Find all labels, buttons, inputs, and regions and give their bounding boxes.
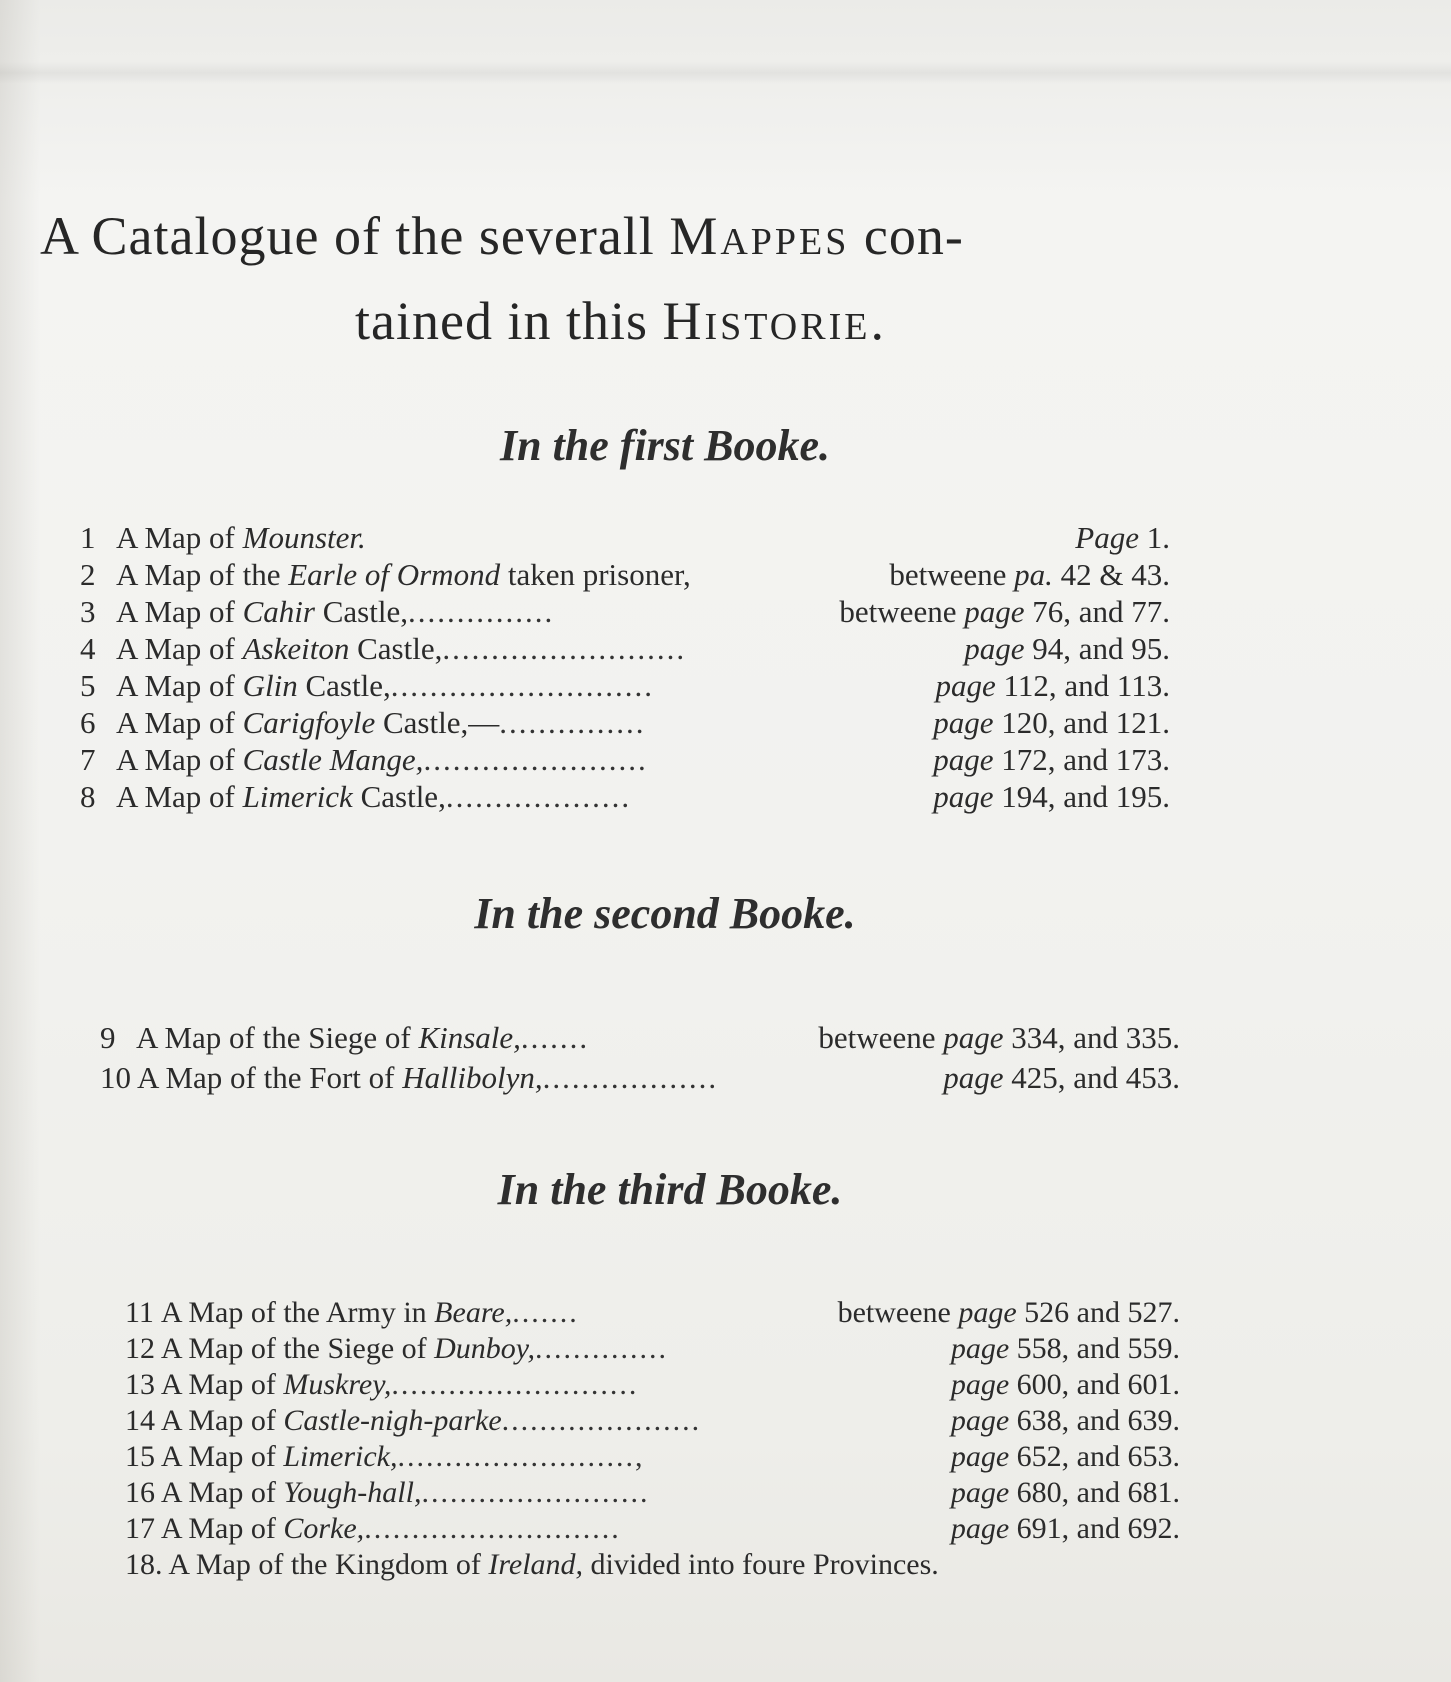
book-heading-first: In the first Booke. [0, 420, 1330, 471]
leader-dots: ........................., [398, 1440, 645, 1473]
map-entry: 10 A Map of the Fort of Hallibolyn,.....… [100, 1060, 1180, 1096]
entry-place: Hallibolyn, [402, 1060, 542, 1095]
page-numbers: 172, and 173. [993, 742, 1170, 777]
leader-dots: ............... [499, 705, 645, 740]
entry-number: 12 [125, 1332, 155, 1366]
entry-place: Castle Mange, [243, 742, 424, 777]
entry-number: 16 [125, 1476, 155, 1510]
entry-text: divided into foure Provinces. [583, 1548, 939, 1581]
page-label: page [933, 742, 993, 777]
entry-text: A Map of [116, 668, 243, 703]
entry-text: taken prisoner, [500, 557, 691, 592]
leader-dots: ........................... [391, 668, 654, 703]
map-entry: 5 A Map of Glin Castle,.................… [80, 668, 1170, 704]
entry-number: 17 [125, 1512, 155, 1546]
map-entry: 18. A Map of the Kingdom of Ireland, div… [125, 1548, 1180, 1582]
leader-dots: ........................... [364, 1512, 621, 1545]
map-entry: 1 A Map of Mounster.Page 1. [80, 520, 1170, 556]
entry-place: Carigfoyle [243, 705, 376, 740]
entry-number: 2 [80, 557, 110, 593]
entry-text: Castle, [353, 779, 446, 814]
page-numbers: 194, and 195. [993, 779, 1170, 814]
entry-text: A Map of the Kingdom of [168, 1548, 488, 1581]
page-crease-shadow [0, 62, 1451, 84]
entry-place: Limerick, [283, 1440, 397, 1473]
entry-pages: Page 1. [1075, 520, 1170, 556]
entry-number: 7 [80, 742, 110, 778]
entry-pages: betweene pa. 42 & 43. [889, 557, 1170, 593]
entry-number: 3 [80, 594, 110, 630]
map-entry: 6 A Map of Carigfoyle Castle,—..........… [80, 705, 1170, 741]
page-numbers: 526 and 527. [1017, 1296, 1180, 1329]
entry-place: Beare, [434, 1296, 512, 1329]
entry-text: A Map of the [116, 557, 288, 592]
entry-pages: page 194, and 195. [933, 779, 1170, 815]
entry-text: A Map of [161, 1440, 284, 1473]
page-label: page [951, 1440, 1009, 1473]
page-label: page [964, 631, 1024, 666]
entry-place: Castle-nigh-parke [283, 1404, 501, 1437]
page-edge-shadow [0, 0, 40, 1682]
map-entry: 9 A Map of the Siege of Kinsale,.......b… [100, 1020, 1180, 1056]
entry-text: A Map of the Fort of [137, 1060, 402, 1095]
page-numbers: 112, and 113. [996, 668, 1170, 703]
entry-pages: page 112, and 113. [936, 668, 1170, 704]
page-label: page [951, 1512, 1009, 1545]
map-entry: 13 A Map of Muskrey,....................… [125, 1368, 1180, 1402]
entry-text: A Map of [161, 1512, 284, 1545]
entry-pages: page 120, and 121. [933, 705, 1170, 741]
entry-pages: page 652, and 653. [951, 1440, 1180, 1474]
entry-pages: betweene page 76, and 77. [839, 594, 1170, 630]
entry-text: Castle, [315, 594, 408, 629]
entry-pages: page 680, and 681. [951, 1476, 1180, 1510]
leader-dots: ................... [446, 779, 631, 814]
entry-place: Askeiton [243, 631, 350, 666]
map-entry: 12 A Map of the Siege of Dunboy,........… [125, 1332, 1180, 1366]
page-label: page [943, 1020, 1003, 1055]
map-entry: 14 A Map of Castle-nigh-parke...........… [125, 1404, 1180, 1438]
entry-number: 18. [125, 1548, 163, 1582]
entry-text: A Map of [161, 1404, 284, 1437]
page-prefix: betweene [889, 557, 1014, 592]
book-heading-second: In the second Booke. [0, 888, 1330, 939]
page-numbers: 42 & 43. [1053, 557, 1170, 592]
map-entry: 2 A Map of the Earle of Ormond taken pri… [80, 557, 1170, 593]
entry-text: A Map of [116, 594, 243, 629]
page-numbers: 120, and 121. [993, 705, 1170, 740]
page-prefix: betweene [839, 594, 964, 629]
book-heading-third: In the third Booke. [0, 1164, 1340, 1215]
entry-pages: betweene page 526 and 527. [838, 1296, 1180, 1330]
page-numbers: 94, and 95. [1024, 631, 1170, 666]
title-text: . [870, 291, 885, 351]
leader-dots: ....... [521, 1020, 589, 1055]
map-entry: 15 A Map of Limerick,...................… [125, 1440, 1180, 1474]
entry-place: Glin [243, 668, 298, 703]
catalogue-title-line-1: A Catalogue of the severall Mappes con- [40, 205, 1240, 267]
map-entry: 3 A Map of Cahir Castle,...............b… [80, 594, 1170, 630]
map-entry: 16 A Map of Yough-hall,.................… [125, 1476, 1180, 1510]
entry-text: A Map of [116, 520, 243, 555]
page-numbers: 680, and 681. [1009, 1476, 1180, 1509]
entry-number: 14 [125, 1404, 155, 1438]
map-entry: 11 A Map of the Army in Beare,.......bet… [125, 1296, 1180, 1330]
entry-pages: betweene page 334, and 335. [818, 1020, 1180, 1056]
map-entry: 7 A Map of Castle Mange,................… [80, 742, 1170, 778]
leader-dots: .................. [543, 1060, 719, 1095]
page-label: page [951, 1476, 1009, 1509]
entry-text: A Map of [116, 631, 243, 666]
entry-place: Yough-hall, [283, 1476, 421, 1509]
page-label: page [964, 594, 1024, 629]
entry-place: Kinsale, [418, 1020, 520, 1055]
page-label: page [933, 779, 993, 814]
leader-dots: ........................ [421, 1476, 649, 1509]
entry-text: A Map of the Siege of [136, 1020, 418, 1055]
leader-dots: ....................... [423, 742, 647, 777]
entry-text: A Map of the Siege of [161, 1332, 434, 1365]
entry-place: Ireland, [488, 1548, 583, 1581]
leader-dots: .......................... [391, 1368, 638, 1401]
entry-text: Castle, [298, 668, 391, 703]
page-label: page [951, 1368, 1009, 1401]
entry-number: 10 [100, 1060, 131, 1096]
entry-text: A Map of [161, 1368, 284, 1401]
page-numbers: 638, and 639. [1009, 1404, 1180, 1437]
page-numbers: 600, and 601. [1009, 1368, 1180, 1401]
page-numbers: 76, and 77. [1024, 594, 1170, 629]
entry-pages: page 691, and 692. [951, 1512, 1180, 1546]
entry-number: 15 [125, 1440, 155, 1474]
entry-place: Muskrey, [283, 1368, 391, 1401]
entry-place: Dunboy, [434, 1332, 535, 1365]
entry-pages: page 638, and 639. [951, 1404, 1180, 1438]
entry-text: Castle, [349, 631, 442, 666]
page-numbers: 334, and 335. [1003, 1020, 1180, 1055]
page-prefix: betweene [838, 1296, 959, 1329]
catalogue-title-line-2: tained in this Historie. [0, 290, 1240, 352]
entry-number: 5 [80, 668, 110, 704]
entry-pages: page 558, and 559. [951, 1332, 1180, 1366]
page-label: page [951, 1404, 1009, 1437]
entry-place: Limerick [243, 779, 353, 814]
entry-number: 9 [100, 1020, 130, 1056]
title-text: tained in this [355, 291, 662, 351]
leader-dots: ............... [408, 594, 554, 629]
entry-pages: page 425, and 453. [943, 1060, 1180, 1096]
page-label: pa. [1014, 557, 1053, 592]
title-smallcaps: Mappes [669, 206, 849, 266]
entry-place: Corke, [283, 1512, 364, 1545]
entry-number: 1 [80, 520, 110, 556]
page-label: page [936, 668, 996, 703]
entry-place: Cahir [243, 594, 315, 629]
page-label: page [951, 1332, 1009, 1365]
page-label: page [943, 1060, 1003, 1095]
page-numbers: 652, and 653. [1009, 1440, 1180, 1473]
map-entry: 17 A Map of Corke,......................… [125, 1512, 1180, 1546]
entry-text: A Map of [116, 705, 243, 740]
leader-dots: ..................... [502, 1404, 702, 1437]
entry-text: A Map of [116, 742, 243, 777]
title-smallcaps: Historie [663, 291, 871, 351]
entry-text: A Map of the Army in [161, 1296, 434, 1329]
page-numbers: 425, and 453. [1003, 1060, 1180, 1095]
entry-text: A Map of [116, 779, 243, 814]
entry-pages: page 172, and 173. [933, 742, 1170, 778]
entry-pages: page 94, and 95. [964, 631, 1170, 667]
entry-text: Castle,— [375, 705, 499, 740]
leader-dots: .............. [535, 1332, 668, 1365]
map-entry: 4 A Map of Askeiton Castle,.............… [80, 631, 1170, 667]
entry-number: 8 [80, 779, 110, 815]
entry-number: 11 [125, 1296, 155, 1330]
entry-number: 13 [125, 1368, 155, 1402]
page-label: page [933, 705, 993, 740]
entry-place: Mounster. [243, 520, 366, 555]
page-numbers: 558, and 559. [1009, 1332, 1180, 1365]
leader-dots: ......................... [442, 631, 686, 666]
page-label: page [958, 1296, 1016, 1329]
entry-number: 6 [80, 705, 110, 741]
page-numbers: 691, and 692. [1009, 1512, 1180, 1545]
entry-text: A Map of [161, 1476, 284, 1509]
page-prefix: betweene [818, 1020, 943, 1055]
entry-place: Earle of Ormond [288, 557, 500, 592]
page-numbers: 1. [1139, 520, 1170, 555]
leader-dots: ....... [512, 1296, 579, 1329]
title-text: con- [849, 206, 963, 266]
entry-pages: page 600, and 601. [951, 1368, 1180, 1402]
page-label: Page [1075, 520, 1139, 555]
map-entry: 8 A Map of Limerick Castle,.............… [80, 779, 1170, 815]
title-text: A Catalogue of the severall [40, 206, 669, 266]
entry-number: 4 [80, 631, 110, 667]
